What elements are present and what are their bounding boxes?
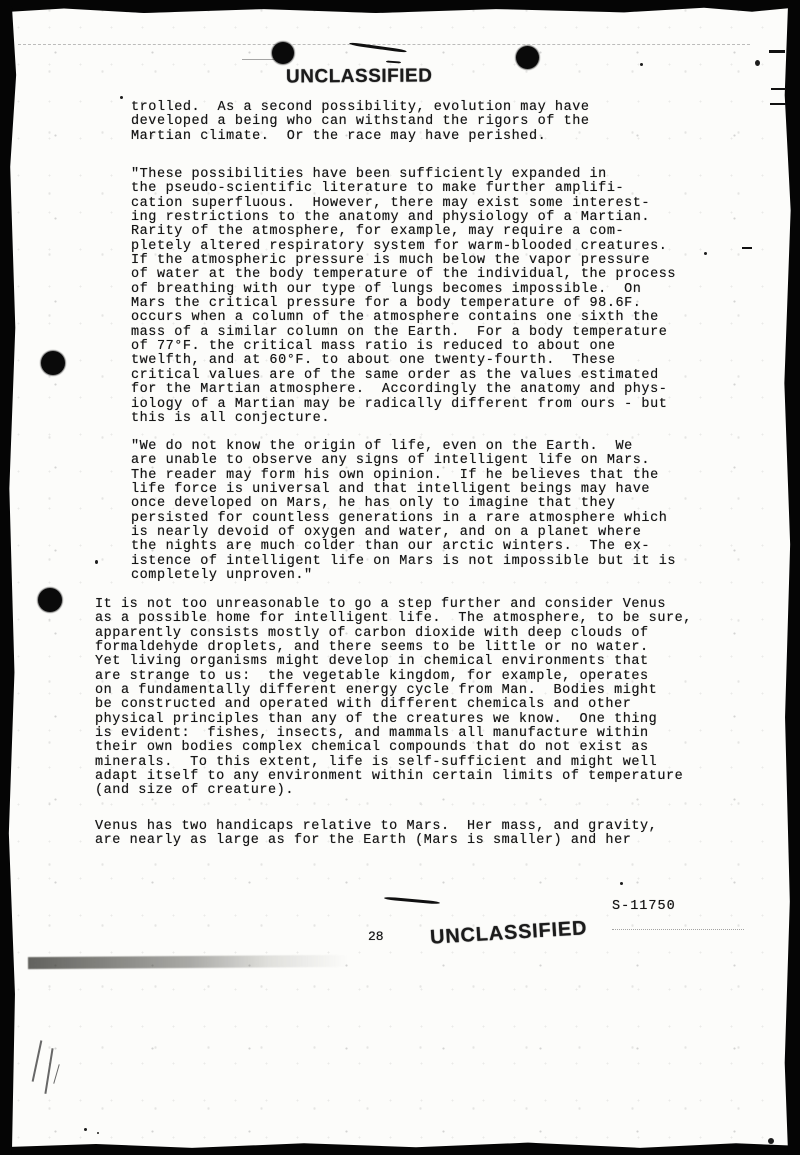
- pen-stroke-footer: [384, 897, 440, 905]
- dust-speck: [120, 96, 123, 99]
- scan-edge-top: [0, 0, 800, 13]
- hole-punch-upper: [41, 351, 65, 375]
- body-paragraph-5: Venus has two handicaps relative to Mars…: [95, 820, 657, 849]
- scanned-document-page: UNCLASSIFIED UNCLASSIFIED trolled. As a …: [0, 0, 800, 1155]
- dust-speck: [95, 560, 98, 564]
- scratch-mark: [44, 1048, 53, 1094]
- dust-speck: [640, 63, 643, 66]
- edge-tick-mark: [769, 50, 785, 53]
- dust-speck: [755, 60, 760, 66]
- scan-edge-right: [783, 3, 800, 1155]
- body-paragraph-3-quote: "We do not know the origin of life, even…: [131, 440, 676, 583]
- body-paragraph-2-quote: "These possibilities have been sufficien…: [131, 168, 676, 426]
- classification-stamp-bottom: UNCLASSIFIED: [429, 917, 588, 950]
- dust-speck: [704, 252, 707, 255]
- faint-scan-line: [18, 44, 750, 45]
- scan-edge-bottom: [0, 1142, 800, 1155]
- edge-tick-mark: [742, 247, 752, 249]
- dust-speck: [768, 1138, 774, 1144]
- pen-dash-header: [386, 60, 401, 63]
- smudge-band: [28, 955, 348, 969]
- hole-punch-lower: [38, 588, 62, 612]
- body-paragraph-4: It is not too unreasonable to go a step …: [95, 598, 692, 799]
- ink-dot-top-right: [516, 46, 539, 69]
- dust-speck: [84, 1128, 87, 1131]
- dust-speck: [97, 1132, 99, 1134]
- document-number: S-11750: [612, 899, 676, 914]
- scratch-mark: [53, 1064, 59, 1084]
- scan-edge-left: [0, 6, 17, 1155]
- dust-speck: [620, 882, 623, 885]
- edge-tick-mark: [771, 88, 786, 90]
- faint-dotted-line-footer: [612, 929, 744, 930]
- page-number: 28: [368, 929, 384, 944]
- ink-dot-top-left: [272, 42, 294, 64]
- classification-stamp-top: UNCLASSIFIED: [286, 65, 433, 88]
- edge-tick-mark: [770, 103, 786, 105]
- scratch-mark: [32, 1040, 42, 1081]
- body-paragraph-1: trolled. As a second possibility, evolut…: [131, 101, 590, 144]
